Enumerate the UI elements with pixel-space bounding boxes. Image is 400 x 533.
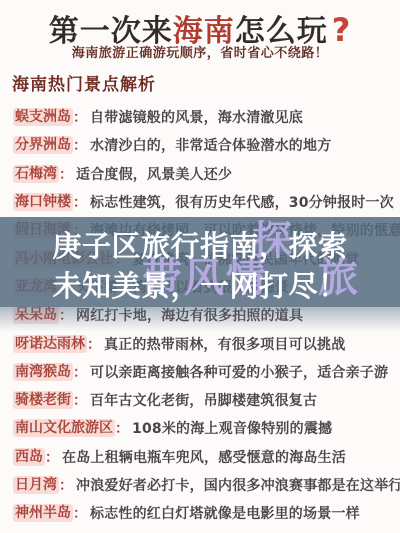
attraction-colon: ： <box>115 418 129 438</box>
attraction-description: 百年古文化老街，吊脚楼建筑很复古 <box>90 390 317 410</box>
attraction-colon: ： <box>45 447 59 467</box>
attraction-colon: ： <box>73 135 87 155</box>
attraction-name: 南山文化旅游区 <box>13 419 115 437</box>
attraction-colon: ： <box>87 334 101 354</box>
attraction-description: 标志性建筑，很有历史年代感，30分钟报时一次 <box>90 192 394 212</box>
attraction-description: 在岛上租辆电瓶车兜风，感受惬意的海岛生活 <box>62 447 346 467</box>
attraction-description: 108米的海上观音像特别的震撼 <box>132 418 332 438</box>
attraction-name: 石梅湾 <box>13 165 59 183</box>
attraction-row: 骑楼老街：百年古文化老街，吊脚楼建筑很复古 <box>13 386 396 414</box>
attraction-row: 神州半岛：标志性的红白灯塔就像是电影里的场景一样 <box>13 499 396 527</box>
attraction-name: 日月湾 <box>13 476 59 494</box>
attraction-colon: ： <box>73 192 87 212</box>
overlay-caption-line1: 庚子区旅行指南，探索 <box>0 226 400 266</box>
attraction-description: 标志性的红白灯塔就像是电影里的场景一样 <box>90 503 360 523</box>
attraction-colon: ： <box>73 503 87 523</box>
attraction-name: 神州半岛 <box>13 504 73 522</box>
attraction-row: 蜈支洲岛：自带滤镜般的风景，海水清澈见底 <box>13 103 396 131</box>
attraction-colon: ： <box>73 390 87 410</box>
attraction-colon: ： <box>59 164 73 184</box>
attraction-row: 石梅湾：适合度假，风景美人还少 <box>13 160 396 188</box>
attraction-row: 分界洲岛：水清沙白的，非常适合体验潜水的地方 <box>13 131 396 159</box>
attraction-row: 西岛：在岛上租辆电瓶车兜风，感受惬意的海岛生活 <box>13 443 396 471</box>
overlay-caption: 庚子区旅行指南，探索 未知美景，一网打尽！ <box>0 226 400 306</box>
attraction-colon: ： <box>59 475 73 495</box>
attraction-row: 呀诺达雨林：真正的热带雨林，有很多项目可以挑战 <box>13 329 396 357</box>
attraction-row: 南湾猴岛：可以亲距离接触各种可爱的小猴子，适合亲子游 <box>13 358 396 386</box>
overlay-caption-line2: 未知美景，一网打尽！ <box>0 266 400 306</box>
attraction-description: 冲浪爱好者必打卡，国内很多冲浪赛事都是在这举行的 <box>76 475 400 495</box>
section-title: 海南热门景点解析 <box>12 70 156 95</box>
attraction-row: 南山文化旅游区：108米的海上观音像特别的震撼 <box>13 414 396 442</box>
attraction-name: 骑楼老街 <box>13 391 73 409</box>
page-subtitle: 海南旅游正确游玩顺序，省时省心不绕路！ <box>0 42 400 61</box>
attraction-description: 适合度假，风景美人还少 <box>76 164 232 184</box>
attraction-description: 水清沙白的，非常适合体验潜水的地方 <box>90 135 331 155</box>
attraction-name: 呀诺达雨林 <box>13 335 87 353</box>
attraction-row: 日月湾：冲浪爱好者必打卡，国内很多冲浪赛事都是在这举行的 <box>13 471 396 499</box>
attraction-description: 自带滤镜般的风景，海水清澈见底 <box>90 107 303 127</box>
attraction-description: 真正的热带雨林，有很多项目可以挑战 <box>104 334 345 354</box>
attraction-name: 海口钟楼 <box>13 193 73 211</box>
attraction-name: 分界洲岛 <box>13 136 73 154</box>
attraction-colon: ： <box>73 362 87 382</box>
attraction-colon: ： <box>73 107 87 127</box>
attraction-description: 可以亲距离接触各种可爱的小猴子，适合亲子游 <box>90 362 388 382</box>
attraction-name: 南湾猴岛 <box>13 363 73 381</box>
attraction-name: 蜈支洲岛 <box>13 108 73 126</box>
overlay-band-fade <box>0 307 400 332</box>
attraction-row: 海口钟楼：标志性建筑，很有历史年代感，30分钟报时一次 <box>13 188 396 216</box>
attraction-name: 西岛 <box>13 448 45 466</box>
